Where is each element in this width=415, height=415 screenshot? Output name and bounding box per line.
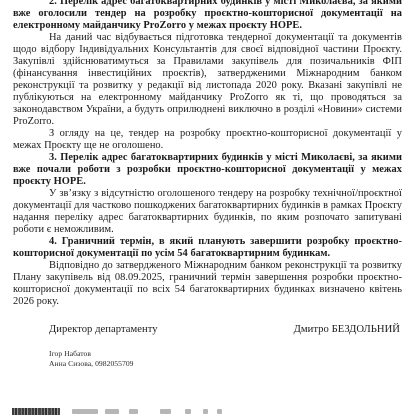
section-2-heading: 2. Перелік адрес багатоквартирних будинк…: [13, 0, 402, 32]
contact-person: Ігор Набатов: [49, 349, 402, 359]
document-page: 2. Перелік адрес багатоквартирних будинк…: [0, 0, 415, 415]
section-4-heading: 4. Граничний термін, в який планують зав…: [13, 236, 402, 260]
section-4-paragraph-1: Відповідно до затвердженого Міжнародним …: [13, 260, 402, 308]
signature-block: Директор департаменту Дмитро БЕЗДОЛЬНИЙ: [13, 324, 402, 336]
document-body: 2. Перелік адрес багатоквартирних будинк…: [0, 0, 415, 368]
section-3-paragraph-1: У зв’язку з відсутністю оголошеного тенд…: [13, 188, 402, 236]
stamp-illegible-text: [72, 408, 222, 414]
contact-person: Анна Сизова, 0982055709: [49, 359, 402, 369]
section-2-paragraph-1: На даний час відбувається підготовка тен…: [13, 32, 402, 128]
signature-name: Дмитро БЕЗДОЛЬНИЙ: [294, 324, 400, 336]
footer-stamp: [12, 408, 222, 415]
stamp-barcode-block: [12, 408, 60, 415]
section-2-paragraph-2: З огляду на це, тендер на розробку проєк…: [13, 128, 402, 152]
signature-title: Директор департаменту: [49, 324, 158, 336]
contacts-block: Ігор Набатов Анна Сизова, 0982055709: [13, 349, 402, 368]
section-3-heading: 3. Перелік адрес багатоквартирних будинк…: [13, 152, 402, 188]
